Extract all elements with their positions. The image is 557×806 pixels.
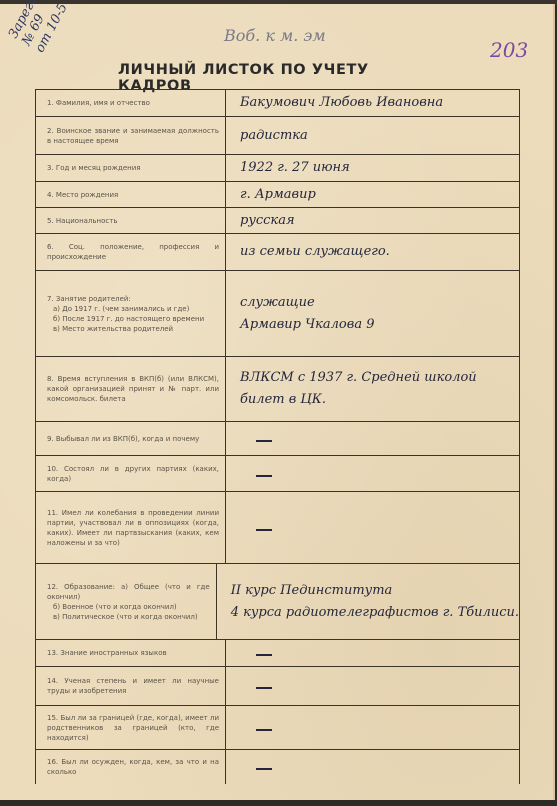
field-sublabel: в) Место жительства родителей bbox=[47, 324, 219, 334]
handwritten-value: г. Армавир bbox=[240, 184, 519, 206]
field-value bbox=[226, 422, 519, 455]
empty-dash bbox=[256, 475, 272, 477]
field-label-text: Соц. положение, профессия и происхождени… bbox=[47, 243, 219, 261]
field-label-text: Был ли за границей (где, когда), имеет л… bbox=[47, 714, 219, 742]
field-number: 7. bbox=[47, 295, 54, 303]
registration-annotation: Зарегистр № 69 от 10-5-43 bbox=[6, 0, 81, 55]
field-label-text: Выбывал ли из ВКП(б), когда и почему bbox=[56, 435, 199, 443]
form-row: 5. Национальностьрусская bbox=[36, 208, 519, 234]
field-label-text: Состоял ли в других партиях (каких, когд… bbox=[47, 465, 219, 483]
field-value bbox=[226, 456, 519, 491]
pencil-note: Воб. к м. эм bbox=[224, 26, 326, 45]
field-number: 4. bbox=[47, 191, 54, 199]
field-number: 15. bbox=[47, 714, 58, 722]
handwritten-value: русская bbox=[240, 210, 519, 232]
form-row: 2. Воинское звание и занимаемая должност… bbox=[36, 117, 519, 155]
form-row: 10. Состоял ли в других партиях (каких, … bbox=[36, 456, 519, 492]
field-label: 11. Имел ли колебания в проведении линии… bbox=[36, 492, 226, 563]
field-value: 1922 г. 27 июня bbox=[226, 155, 519, 181]
field-value bbox=[226, 667, 519, 705]
field-label: 13. Знание иностранных языков bbox=[36, 640, 226, 666]
field-value: II курс Пединститута4 курса радиотелегра… bbox=[217, 564, 519, 639]
form-row: 9. Выбывал ли из ВКП(б), когда и почему bbox=[36, 422, 519, 456]
form-row: 11. Имел ли колебания в проведении линии… bbox=[36, 492, 519, 564]
field-value bbox=[226, 706, 519, 749]
field-label: 3. Год и месяц рождения bbox=[36, 155, 226, 181]
field-label-text: Знание иностранных языков bbox=[60, 649, 166, 657]
form-row: 7. Занятие родителей:а) До 1917 г. (чем … bbox=[36, 271, 519, 357]
page-number: 203 bbox=[490, 38, 528, 62]
field-value bbox=[226, 492, 519, 563]
form-row: 8. Время вступления в ВКП(б) (или ВЛКСМ)… bbox=[36, 357, 519, 422]
field-label: 8. Время вступления в ВКП(б) (или ВЛКСМ)… bbox=[36, 357, 226, 421]
personnel-form-table: 1. Фамилия, имя и отчествоБакумович Любо… bbox=[35, 89, 520, 784]
empty-dash bbox=[256, 687, 272, 689]
field-label: 9. Выбывал ли из ВКП(б), когда и почему bbox=[36, 422, 226, 455]
field-value: ВЛКСМ с 1937 г. Средней школойбилет в ЦК… bbox=[226, 357, 519, 421]
field-label-text: Был ли осужден, когда, кем, за что и на … bbox=[47, 758, 219, 776]
handwritten-value: ВЛКСМ с 1937 г. Средней школой bbox=[240, 367, 519, 389]
field-value: русская bbox=[226, 208, 519, 233]
field-number: 8. bbox=[47, 375, 54, 383]
field-number: 5. bbox=[47, 217, 54, 225]
field-label: 4. Место рождения bbox=[36, 182, 226, 207]
field-label-text: Занятие родителей: bbox=[56, 295, 131, 303]
field-label: 16. Был ли осужден, когда, кем, за что и… bbox=[36, 750, 226, 784]
field-label-text: Воинское звание и занимаемая должность в… bbox=[47, 127, 219, 145]
field-value: из семьи служащего. bbox=[226, 234, 519, 270]
handwritten-value: Армавир Чкалова 9 bbox=[240, 314, 519, 336]
field-label: 10. Состоял ли в других партиях (каких, … bbox=[36, 456, 226, 491]
handwritten-value: из семьи служащего. bbox=[240, 241, 519, 263]
field-label: 15. Был ли за границей (где, когда), име… bbox=[36, 706, 226, 749]
form-row: 3. Год и месяц рождения1922 г. 27 июня bbox=[36, 155, 519, 182]
field-sublabel: б) После 1917 г. до настоящего времени bbox=[47, 314, 219, 324]
form-row: 16. Был ли осужден, когда, кем, за что и… bbox=[36, 750, 519, 784]
document-page: Зарегистр № 69 от 10-5-43 Воб. к м. эм 2… bbox=[0, 4, 555, 800]
field-sublabel: в) Политическое (что и когда окончил) bbox=[47, 612, 210, 622]
field-label: 12. Образование: а) Общее (что и где око… bbox=[36, 564, 217, 639]
field-label: 2. Воинское звание и занимаемая должност… bbox=[36, 117, 226, 154]
handwritten-value: билет в ЦК. bbox=[240, 389, 519, 411]
field-sublabel: а) До 1917 г. (чем занимались и где) bbox=[47, 304, 219, 314]
field-number: 14. bbox=[47, 677, 58, 685]
empty-dash bbox=[256, 529, 272, 531]
field-label: 1. Фамилия, имя и отчество bbox=[36, 90, 226, 116]
empty-dash bbox=[256, 729, 272, 731]
field-value: радистка bbox=[226, 117, 519, 154]
field-number: 1. bbox=[47, 99, 54, 107]
field-number: 10. bbox=[47, 465, 58, 473]
form-row: 15. Был ли за границей (где, когда), име… bbox=[36, 706, 519, 750]
field-label-text: Имел ли колебания в проведении линии пар… bbox=[47, 509, 219, 547]
field-label: 14. Ученая степень и имеет ли научные тр… bbox=[36, 667, 226, 705]
field-number: 13. bbox=[47, 649, 58, 657]
field-number: 6. bbox=[47, 243, 54, 251]
field-number: 9. bbox=[47, 435, 54, 443]
form-row: 14. Ученая степень и имеет ли научные тр… bbox=[36, 667, 519, 706]
field-label-text: Национальность bbox=[56, 217, 118, 225]
handwritten-value: Бакумович Любовь Ивановна bbox=[240, 92, 519, 114]
form-row: 6. Соц. положение, профессия и происхожд… bbox=[36, 234, 519, 271]
field-label: 7. Занятие родителей:а) До 1917 г. (чем … bbox=[36, 271, 226, 356]
field-number: 3. bbox=[47, 164, 54, 172]
handwritten-value: 4 курса радиотелеграфистов г. Тбилиси. bbox=[231, 602, 519, 624]
handwritten-value: служащие bbox=[240, 292, 519, 314]
handwritten-value: 1922 г. 27 июня bbox=[240, 157, 519, 179]
field-number: 2. bbox=[47, 127, 54, 135]
handwritten-value: II курс Пединститута bbox=[231, 580, 519, 602]
form-row: 4. Место рожденияг. Армавир bbox=[36, 182, 519, 208]
empty-dash bbox=[256, 654, 272, 656]
field-sublabel: б) Военное (что и когда окончил) bbox=[47, 602, 210, 612]
field-label-text: Время вступления в ВКП(б) (или ВЛКСМ), к… bbox=[47, 375, 219, 403]
field-label-text: Год и месяц рождения bbox=[56, 164, 141, 172]
field-value: служащиеАрмавир Чкалова 9 bbox=[226, 271, 519, 356]
field-label: 6. Соц. положение, профессия и происхожд… bbox=[36, 234, 226, 270]
handwritten-value: радистка bbox=[240, 125, 519, 147]
field-number: 11. bbox=[47, 509, 58, 517]
field-label: 5. Национальность bbox=[36, 208, 226, 233]
field-number: 12. bbox=[47, 583, 58, 591]
field-label-text: Фамилия, имя и отчество bbox=[56, 99, 150, 107]
form-row: 1. Фамилия, имя и отчествоБакумович Любо… bbox=[36, 90, 519, 117]
field-label-text: Место рождения bbox=[56, 191, 118, 199]
field-value: Бакумович Любовь Ивановна bbox=[226, 90, 519, 116]
form-row: 13. Знание иностранных языков bbox=[36, 640, 519, 667]
field-value bbox=[226, 750, 519, 784]
field-label-text: Образование: а) Общее (что и где окончил… bbox=[47, 583, 210, 601]
empty-dash bbox=[256, 440, 272, 442]
field-value bbox=[226, 640, 519, 666]
field-label-text: Ученая степень и имеет ли научные труды … bbox=[47, 677, 219, 695]
empty-dash bbox=[256, 768, 272, 770]
form-row: 12. Образование: а) Общее (что и где око… bbox=[36, 564, 519, 640]
field-value: г. Армавир bbox=[226, 182, 519, 207]
field-number: 16. bbox=[47, 758, 58, 766]
